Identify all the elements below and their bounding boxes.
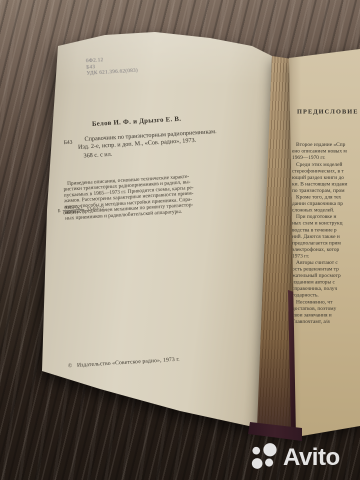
- book-photo: 6Ф2.12Б43УДК 621.396.62(083) Белов И. Ф.…: [0, 0, 360, 480]
- avito-brand-text: Avito: [283, 441, 340, 475]
- authors-line: Белов И. Ф. и Дрызго Е. В.: [66, 113, 206, 129]
- avito-logo-icon: [248, 441, 281, 475]
- publication-code-suffix: 53-63-72: [87, 206, 105, 212]
- right-page-shadow: ПРЕДИСЛОВИЕ Второе издание «Спрено описа…: [270, 30, 360, 470]
- margin-index-code: Б43: [64, 139, 73, 146]
- publication-code-prefix: Б: [58, 209, 61, 214]
- preface-text: Второе издание «Спрено описанием новых м…: [292, 122, 360, 325]
- preface-heading: ПРЕДИСЛОВИЕ: [297, 108, 359, 116]
- copyright-line: © Издательство «Советское радио», 1973 г…: [68, 356, 180, 369]
- avito-watermark: Avito: [248, 438, 360, 478]
- preface-text-line: Главпочтамт, а/я: [292, 318, 360, 325]
- preface-page: ПРЕДИСЛОВИЕ Второе издание «Спрено описа…: [283, 48, 360, 438]
- library-stamp: 6Ф2.12Б43УДК 621.396.62(083): [86, 52, 197, 77]
